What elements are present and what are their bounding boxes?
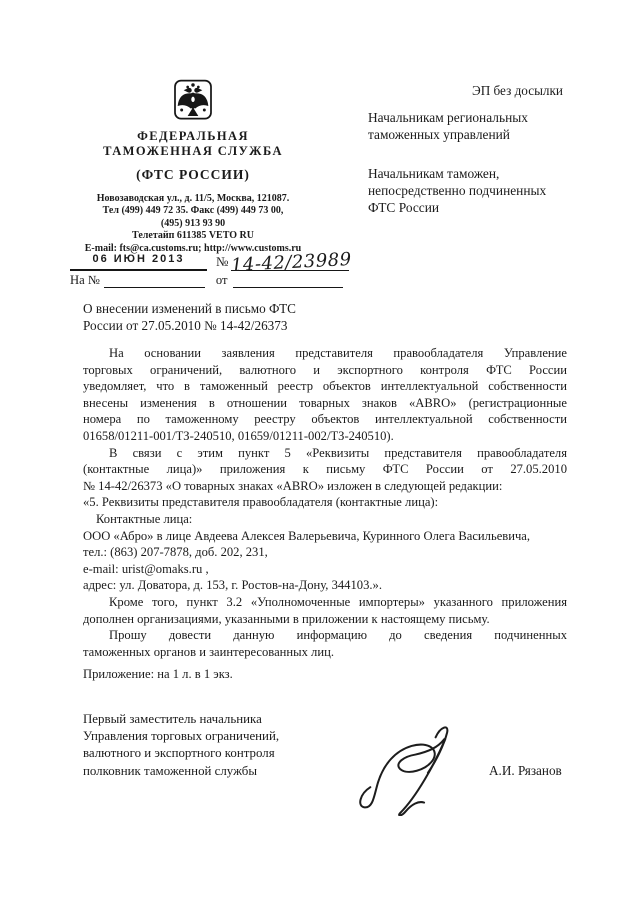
org-name-line1: ФЕДЕРАЛЬНАЯ xyxy=(64,129,322,144)
body-line: тел.: (863) 207-7878, доб. 202, 231, xyxy=(83,544,567,561)
body-line: На основании заявления представителя пра… xyxy=(83,345,567,362)
recipient-block-regional: Начальникам региональных таможенных упра… xyxy=(368,109,578,143)
signer-position-line: валютного и экспортного контроля xyxy=(83,745,313,762)
body-line: В связи с этим пункт 5 «Реквизиты предст… xyxy=(83,445,567,462)
body-line: торговых ограничений, валютного и экспор… xyxy=(83,362,567,379)
body-line: внесены изменения в отношении товарных з… xyxy=(83,395,567,412)
recipient-line: непосредственно подчиненных xyxy=(368,182,578,199)
body-line: ООО «Абро» в лице Авдеева Алексея Валерь… xyxy=(83,528,567,545)
double-headed-eagle-emblem-icon xyxy=(173,78,213,122)
date-stamp: 06 ИЮН 2013 xyxy=(92,253,184,265)
body-line: № 14-42/26373 «О товарных знаках «ABRO» … xyxy=(83,478,567,495)
subject-block: О внесении изменений в письмо ФТС России… xyxy=(83,301,296,334)
org-name-line2: ТАМОЖЕННАЯ СЛУЖБА xyxy=(64,144,322,159)
subject-line: О внесении изменений в письмо ФТС xyxy=(83,301,296,318)
recipient-line: ФТС России xyxy=(368,199,578,216)
body-line: уведомляет, что в таможенный реестр объе… xyxy=(83,378,567,395)
reference-date-number-row: 06 ИЮН 2013№14-42/23989 xyxy=(70,249,349,271)
body-line: адрес: ул. Доватора, д. 153, г. Ростов-н… xyxy=(83,577,567,594)
org-phone-line: Тел (499) 449 72 35. Факс (499) 449 73 0… xyxy=(64,205,322,217)
subject-line: России от 27.05.2010 № 14-42/26373 xyxy=(83,318,296,335)
body-line: (контактные лица)» приложения к письму Ф… xyxy=(83,461,567,478)
body-line: e-mail: urist@omaks.ru , xyxy=(83,561,567,578)
recipient-line: Начальникам таможен, xyxy=(368,165,578,182)
document-page: ЭП без досылки ФЕДЕРАЛЬНАЯ ТАМО xyxy=(0,0,640,905)
signer-position-line: полковник таможенной службы xyxy=(83,763,313,780)
body-line: дополнен организациями, указанными в при… xyxy=(83,611,567,628)
from-label: от xyxy=(216,273,228,287)
reply-number-blank-line xyxy=(104,274,205,288)
org-address-line: Новозаводская ул., д. 11/5, Москва, 1210… xyxy=(64,193,322,205)
number-sign: № xyxy=(216,254,228,271)
signer-name: А.И. Рязанов xyxy=(489,763,562,779)
org-phone-line2: (495) 913 93 90 xyxy=(64,218,322,230)
recipient-line: таможенных управлений xyxy=(368,126,578,143)
recipient-block-customs: Начальникам таможен, непосредственно под… xyxy=(368,165,578,216)
classification-note: ЭП без досылки xyxy=(472,83,563,99)
org-contact-block: Новозаводская ул., д. 11/5, Москва, 1210… xyxy=(64,193,322,255)
body-line: 01658/01211-001/ТЗ-240510, 01659/01211-0… xyxy=(83,428,567,445)
org-abbreviation: (ФТС РОССИИ) xyxy=(64,167,322,183)
signer-position-line: Управления торговых ограничений, xyxy=(83,728,313,745)
signer-position-line: Первый заместитель начальника xyxy=(83,711,313,728)
body-line: «5. Реквизиты представителя правообладат… xyxy=(83,494,567,511)
signer-position-block: Первый заместитель начальника Управления… xyxy=(83,711,313,780)
reply-label: На № xyxy=(70,273,100,287)
recipient-line: Начальникам региональных xyxy=(368,109,578,126)
handwritten-signature-icon xyxy=(348,720,480,816)
body-line: Контактные лица: xyxy=(83,511,567,528)
org-teletype-line: Телетайп 611385 VETO RU xyxy=(64,230,322,242)
letter-body: На основании заявления представителя пра… xyxy=(83,345,567,683)
letterhead: ФЕДЕРАЛЬНАЯ ТАМОЖЕННАЯ СЛУЖБА (ФТС РОССИ… xyxy=(64,78,322,255)
body-line: Прошу довести данную информацию до сведе… xyxy=(83,627,567,644)
outgoing-number-line: 14-42/23989 xyxy=(231,249,349,271)
body-line: Кроме того, пункт 3.2 «Уполномоченные им… xyxy=(83,594,567,611)
reply-date-blank-line xyxy=(233,274,343,288)
date-line: 06 ИЮН 2013 xyxy=(70,249,207,271)
reply-reference-row: На №от xyxy=(70,273,343,288)
attachment-note: Приложение: на 1 л. в 1 экз. xyxy=(83,666,567,683)
body-line: таможенных органов и заинтересованных ли… xyxy=(83,644,567,661)
body-line: номера по таможенному реестру объектов и… xyxy=(83,411,567,428)
